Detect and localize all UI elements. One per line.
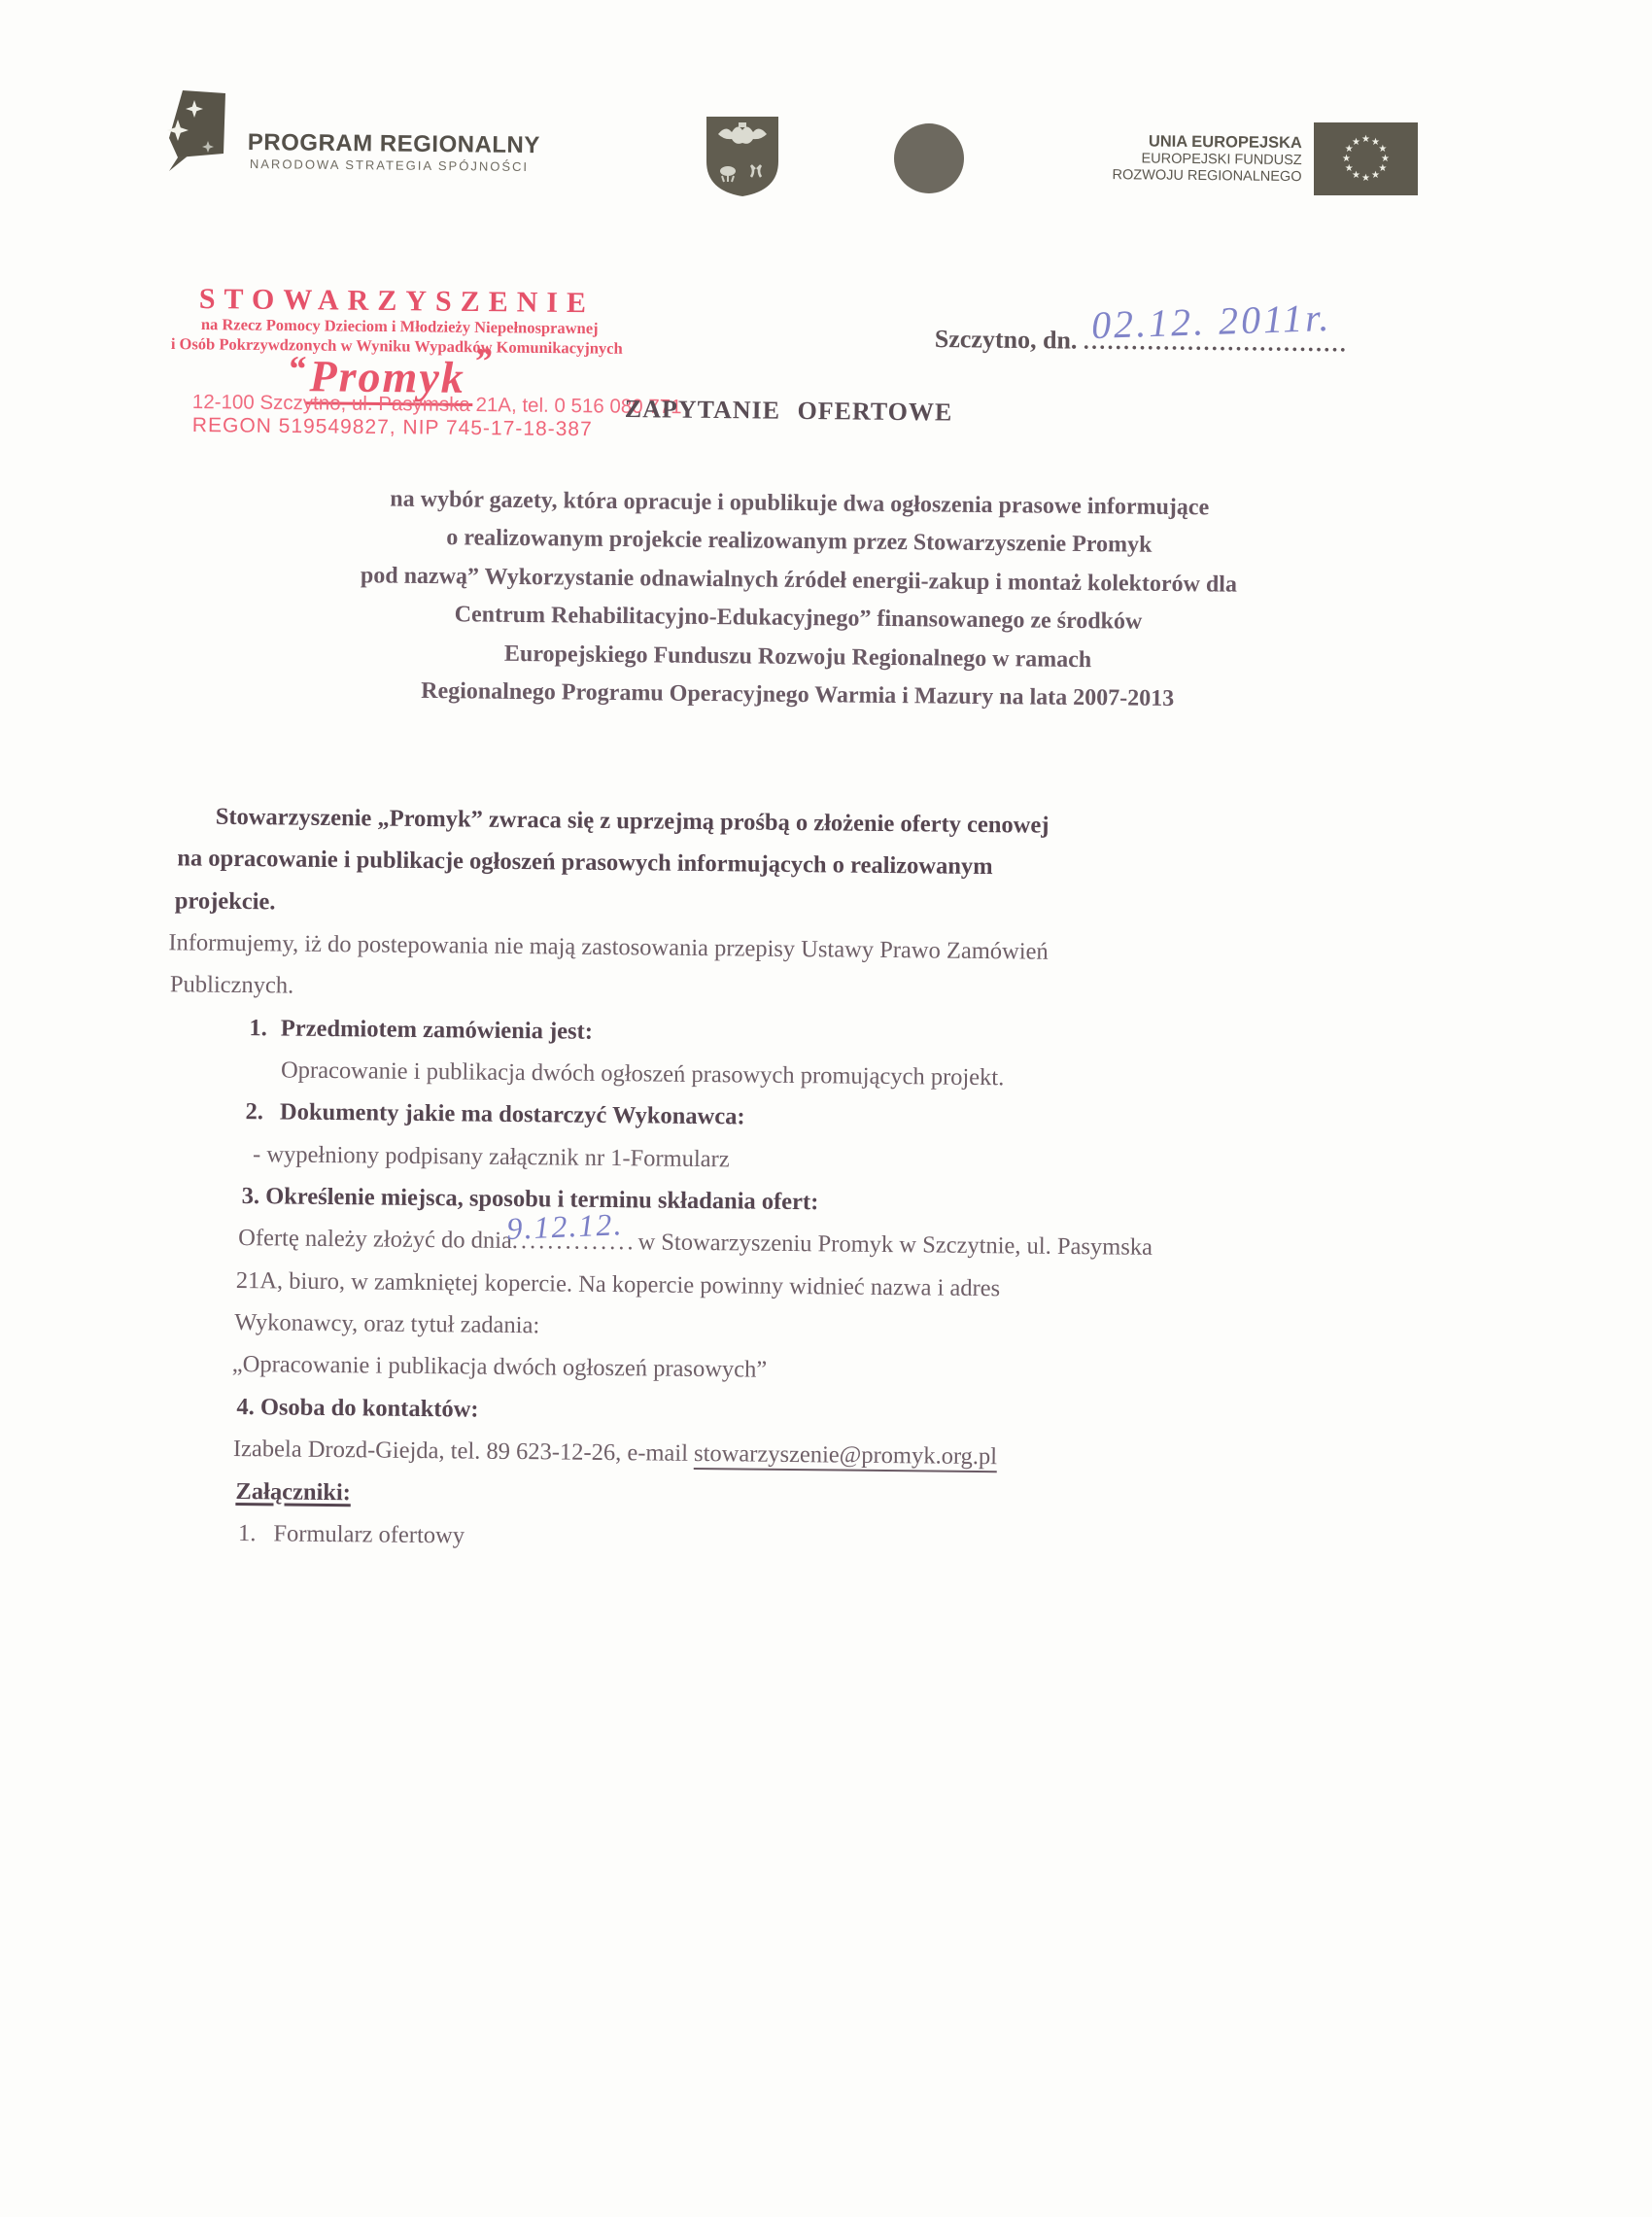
- inline-dotted-line: ..............9.12.12.: [512, 1220, 638, 1264]
- handwritten-deadline: 9.12.12.: [505, 1203, 624, 1250]
- body-text: Stowarzyszenie „Promyk” zwraca się z upr…: [138, 795, 1506, 1568]
- svg-text:★: ★: [1371, 170, 1380, 181]
- scanned-document-page: { "header": { "nss": { "icon": "nss-flag…: [0, 0, 1652, 2217]
- program-regionalny-subtitle: NARODOWA STRATEGIA SPÓJNOŚCI: [250, 156, 529, 174]
- stamp-close-quote: ”: [473, 341, 492, 382]
- eu-label: UNIA EUROPEJSKA EUROPEJSKI FUNDUSZ ROZWO…: [1010, 132, 1302, 187]
- list-item-title: Przedmiotem zamówienia jest:: [281, 1015, 593, 1044]
- warmia-mazury-crest-icon: [705, 115, 780, 203]
- program-regionalny-title: PROGRAM REGIONALNY: [248, 129, 540, 159]
- list-number: 1.: [249, 1015, 267, 1041]
- svg-text:★: ★: [1352, 137, 1360, 148]
- svg-text:★: ★: [1378, 144, 1387, 155]
- dateline-dotted-line: .................................02.12. …: [1084, 327, 1349, 359]
- dateline: Szczytno, dn. ..........................…: [935, 325, 1349, 358]
- intro-paragraph: na wybór gazety, która opracuje i opubli…: [152, 478, 1446, 721]
- stamp-open-quote: “: [287, 349, 305, 390]
- document-title: ZAPYTANIE OFERTOWE: [625, 395, 953, 428]
- text-before-date: Ofertę należy złożyć do dnia: [238, 1225, 512, 1254]
- attachments-title: Załączniki:: [235, 1478, 351, 1506]
- svg-text:★: ★: [1361, 134, 1370, 145]
- svg-text:★: ★: [1361, 173, 1370, 184]
- eu-label-line3: ROZWOJU REGIONALNEGO: [1010, 166, 1301, 187]
- contact-info: Izabela Drozd-Giejda, tel. 89 623-12-26,…: [233, 1436, 694, 1467]
- list-number: 2.: [245, 1098, 263, 1125]
- dateline-label: Szczytno, dn.: [935, 325, 1078, 355]
- text-after-date: w Stowarzyszeniu Promyk w Szczytnie, ul.…: [637, 1230, 1153, 1262]
- attachment-number: 1.: [238, 1520, 257, 1546]
- nss-flag-icon: [168, 87, 230, 175]
- handwritten-date: 02.12. 2011r.: [1090, 294, 1332, 348]
- list-item-title: Dokumenty jakie ma dostarczyć Wykonawca:: [280, 1099, 745, 1130]
- svg-text:★: ★: [1342, 154, 1351, 164]
- svg-text:★: ★: [1345, 163, 1354, 174]
- contact-email: stowarzyszenie@promyk.org.pl: [694, 1440, 997, 1472]
- stamp-regon-nip: REGON 519549827, NIP 745-17-18-387: [192, 414, 593, 441]
- stamp-title: STOWARZYSZENIE: [199, 283, 596, 320]
- eu-flag-icon: ★★★ ★★★ ★★★ ★★★: [1314, 122, 1418, 200]
- attachment-text: Formularz ofertowy: [273, 1520, 465, 1548]
- round-seal-icon: [894, 123, 964, 193]
